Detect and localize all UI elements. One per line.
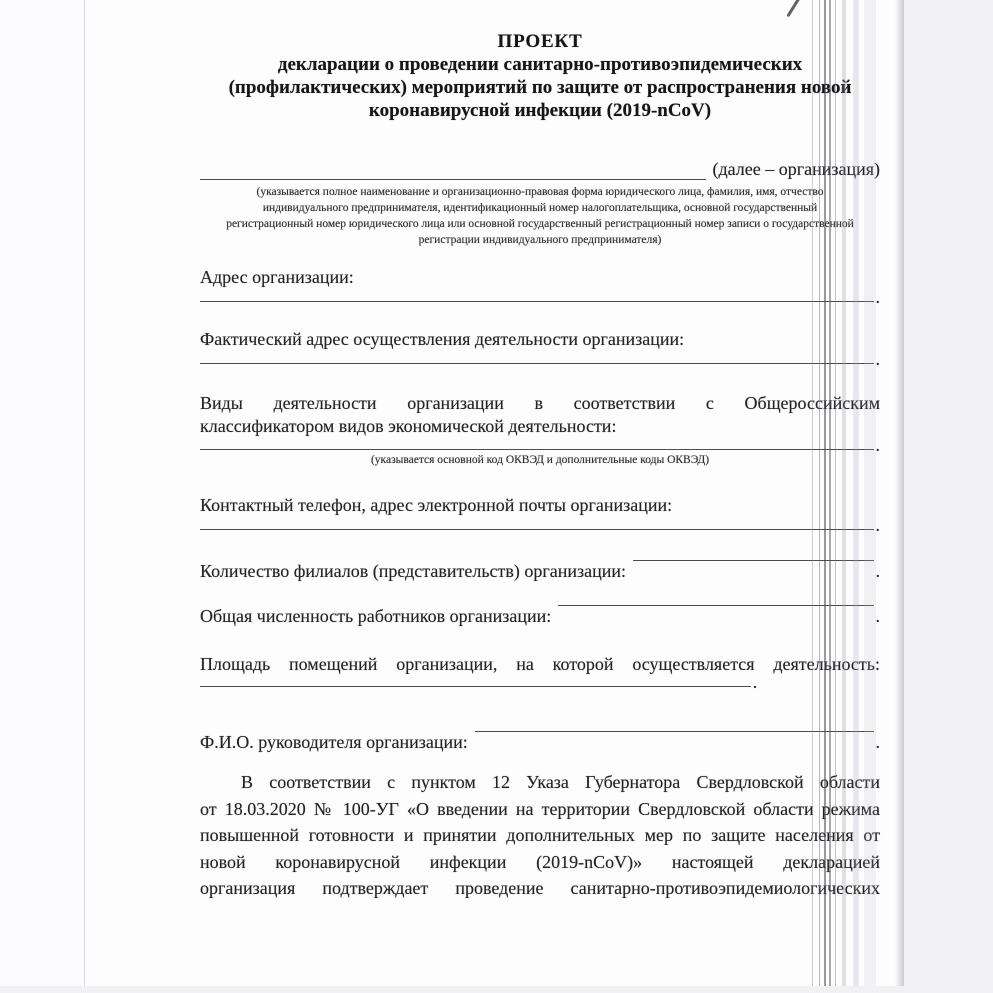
closing-paragraph-line: новой коронавирусной инфекции (2019-nCoV… xyxy=(200,849,880,876)
closing-paragraph-line: В соответствии с пунктом 12 Указа Губерн… xyxy=(200,769,880,796)
closing-paragraph-line: организация подтверждает проведение сани… xyxy=(200,875,880,902)
closing-paragraph-line: повышенной готовности и принятии дополни… xyxy=(200,822,880,849)
closing-paragraph-line: от 18.03.2020 № 100-УГ «О введении на те… xyxy=(200,796,880,823)
blank-line xyxy=(200,513,874,530)
blank-line xyxy=(200,433,874,450)
document-content: ПРОЕКТ декларации о проведении санитарно… xyxy=(200,0,880,902)
hint-line: индивидуального предпринимателя, идентиф… xyxy=(200,200,880,216)
field-label-branches-count: Количество филиалов (представительств) о… xyxy=(200,560,626,582)
blank-line-row: . xyxy=(200,438,880,450)
line-period: . xyxy=(874,560,881,582)
org-name-blank-row: (далее – организация) xyxy=(200,158,880,180)
subtitle-line: декларации о проведении санитарно-против… xyxy=(200,53,880,76)
closing-paragraph: В соответствии с пунктом 12 Указа Губерн… xyxy=(200,769,880,902)
line-period: . xyxy=(751,678,758,687)
line-period: . xyxy=(874,354,881,364)
blank-line xyxy=(200,285,874,302)
subtitle-line: коронавирусной инфекции (2019-nCoV) xyxy=(200,99,880,122)
field-label-head-name: Ф.И.О. руководителя организации: xyxy=(200,731,468,753)
org-name-hint: (указывается полное наименование и орган… xyxy=(200,184,880,248)
scan-left-margin xyxy=(0,0,85,986)
document-title: ПРОЕКТ xyxy=(200,30,880,53)
blank-line xyxy=(475,731,874,732)
blank-line xyxy=(200,163,706,180)
blank-line xyxy=(633,560,873,561)
field-row-head-name: Ф.И.О. руководителя организации: . xyxy=(200,731,880,753)
hint-line: регистрации индивидуального предпринимат… xyxy=(200,232,880,248)
field-label-employees-count: Общая численность работников организации… xyxy=(200,605,551,627)
org-suffix-label: (далее – организация) xyxy=(706,158,880,180)
subtitle-line: (профилактических) мероприятий по защите… xyxy=(200,76,880,99)
line-period: . xyxy=(874,441,881,450)
hint-line: регистрационный номер юридического лица … xyxy=(200,216,880,232)
line-period: . xyxy=(874,731,881,753)
field-label-line: Виды деятельности организации в соответс… xyxy=(200,392,880,415)
field-label-activity-types: Виды деятельности организации в соответс… xyxy=(200,392,880,438)
line-period: . xyxy=(874,605,881,627)
blank-line xyxy=(200,670,751,687)
document-page: ПРОЕКТ декларации о проведении санитарно… xyxy=(85,0,904,986)
blank-line-row: . xyxy=(200,516,880,530)
field-row-branches-count: Количество филиалов (представительств) о… xyxy=(200,560,880,582)
okved-hint: (указывается основной код ОКВЭД и дополн… xyxy=(200,452,880,468)
line-period: . xyxy=(874,520,881,530)
blank-line-row: . xyxy=(200,288,880,302)
blank-line xyxy=(558,605,873,606)
blank-line-row: . xyxy=(200,350,880,364)
document-subtitle: декларации о проведении санитарно-против… xyxy=(200,53,880,122)
field-row-employees-count: Общая численность работников организации… xyxy=(200,605,880,627)
blank-line-row: . xyxy=(200,675,880,687)
page-edge-shadow xyxy=(895,0,904,986)
hint-line: (указывается полное наименование и орган… xyxy=(200,184,880,200)
blank-line xyxy=(200,347,874,364)
line-period: . xyxy=(874,292,881,302)
